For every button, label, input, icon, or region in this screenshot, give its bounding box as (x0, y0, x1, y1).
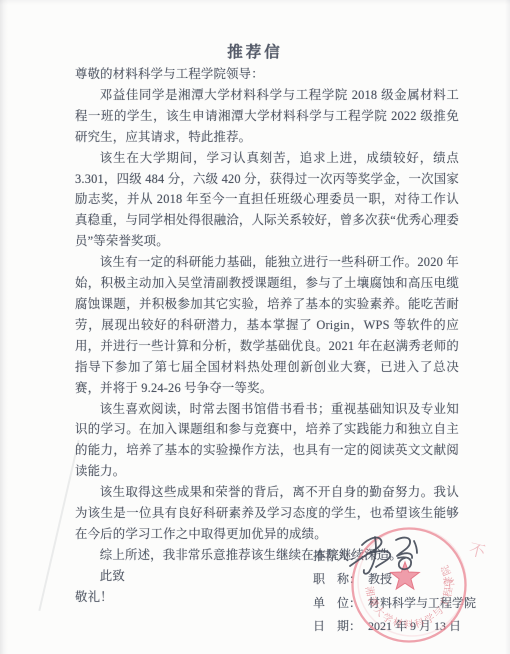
letter-title: 推荐信 (0, 40, 510, 62)
body-paragraph-3: 该生有一定的科研能力基础，能独立进行一些科研工作。2020 年始，积极主动加入吴… (75, 252, 459, 398)
paper-crease (38, 440, 79, 611)
body-paragraph-2: 该生在大学期间，学习认真刻苦，追求上进，成绩较好，绩点 3.301，四级 484… (75, 148, 459, 253)
handwritten-signature (338, 525, 428, 580)
letter-page: 推荐信 尊敬的材料科学与工程学院领导： 邓益佳同学是湘潭大学材料科学与工程学院 … (0, 0, 510, 654)
body-paragraph-4: 该生喜欢阅读，时常去图书馆借书看书；重视基础知识及专业知识的学习。在加入课题组和… (75, 399, 459, 483)
seal-text-fragment-1: 不 (467, 540, 487, 561)
salutation: 尊敬的材料科学与工程学院领导： (75, 64, 459, 85)
seal-text-fragment-2: 学 (442, 576, 456, 592)
body-paragraph-1: 邓益佳同学是湘潭大学材料科学与工程学院 2018 级金属材料工程一班的学生，该生… (75, 85, 459, 148)
